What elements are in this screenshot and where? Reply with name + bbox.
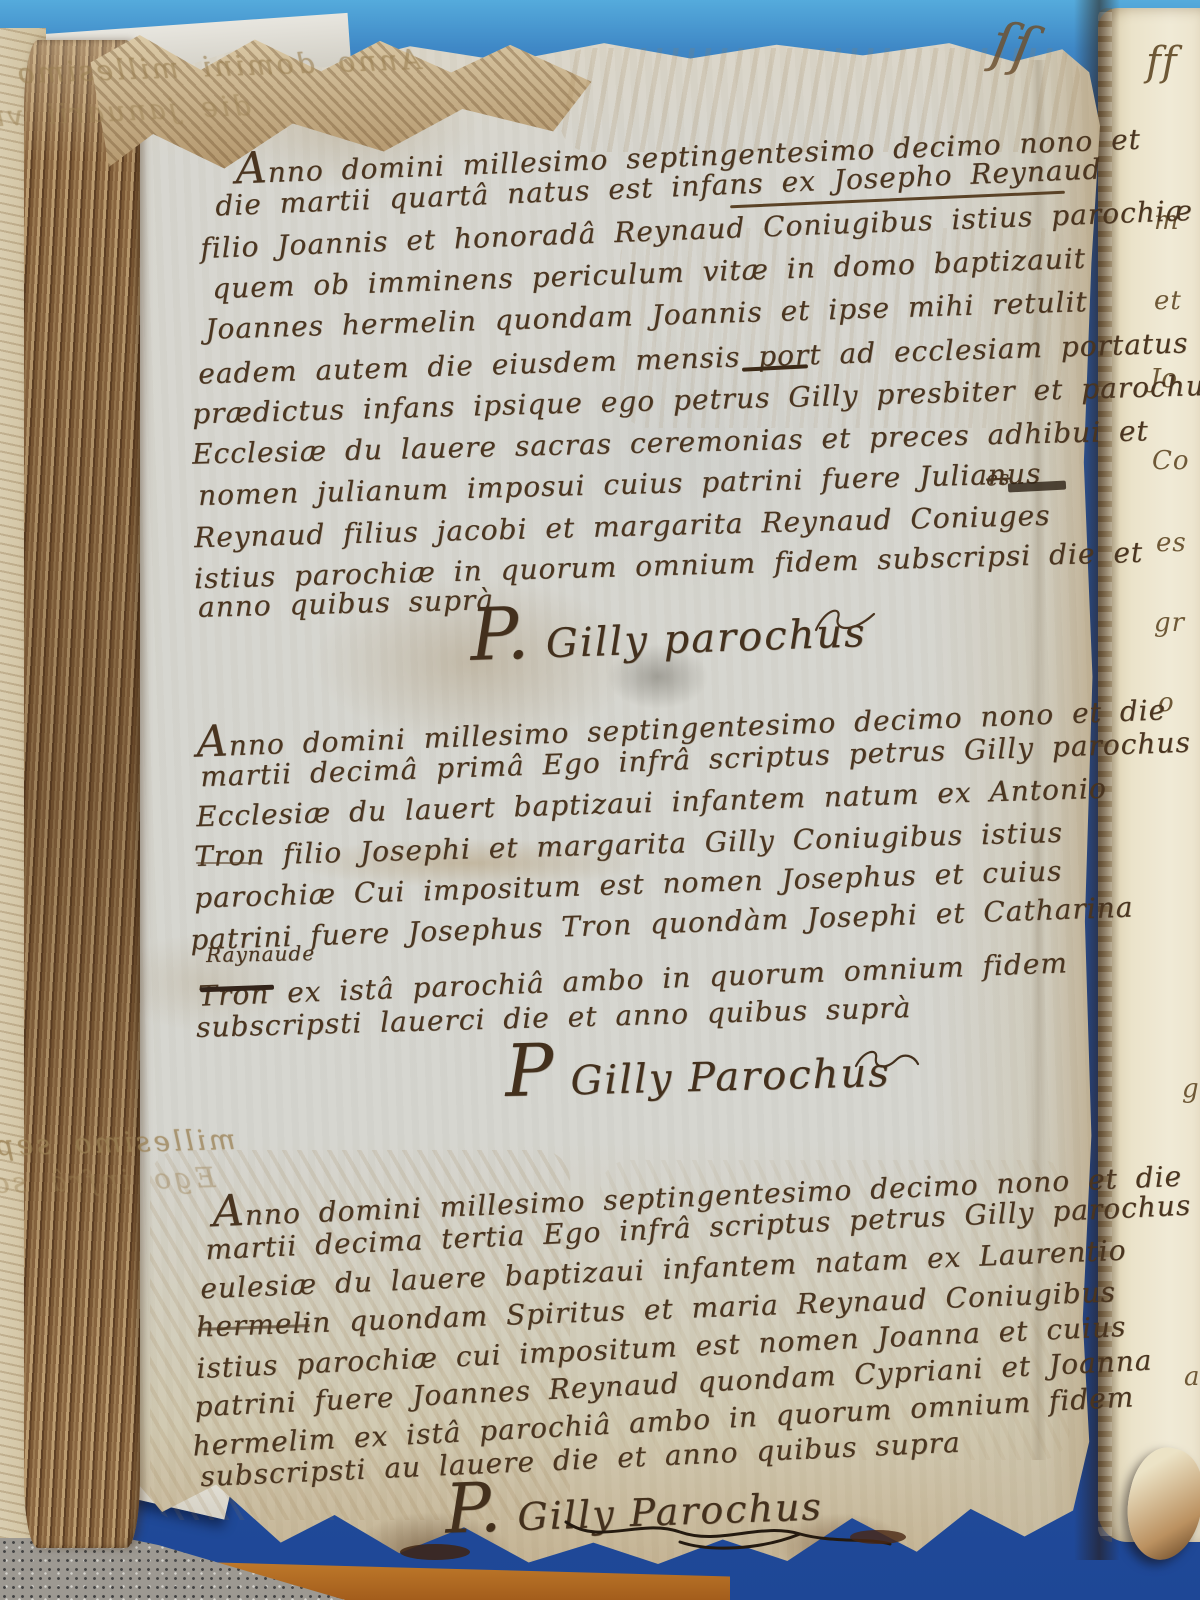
interline-correction: Raynaude: [206, 943, 315, 965]
facing-page-fragment: ff: [1146, 42, 1178, 82]
signature-flourish: [812, 600, 878, 644]
facing-page-fragment: Co: [1152, 448, 1190, 474]
bottom-edge-stain: [850, 1530, 906, 1544]
photo-canvas: ff m et Jo Co es gr o g a Anno domini mi…: [0, 0, 1200, 1600]
facing-page-fragment: g: [1182, 1076, 1200, 1102]
signature-flourish: [852, 1040, 922, 1084]
bottom-edge-stain: [400, 1544, 470, 1560]
facing-page-fragment: gr: [1154, 610, 1185, 636]
signature: P Gilly Parochus: [504, 1025, 891, 1107]
book-spine-edges: [24, 40, 140, 1548]
facing-page-fragment: et: [1154, 288, 1182, 314]
facing-page-fragment: es: [1156, 530, 1187, 556]
superscript-correction: es: [985, 467, 1010, 488]
underline-mark: [196, 862, 260, 864]
signature-flourish: [560, 1512, 900, 1560]
facing-page-fragment: a: [1184, 1364, 1200, 1390]
signature: P. Gilly parochus: [469, 585, 867, 671]
